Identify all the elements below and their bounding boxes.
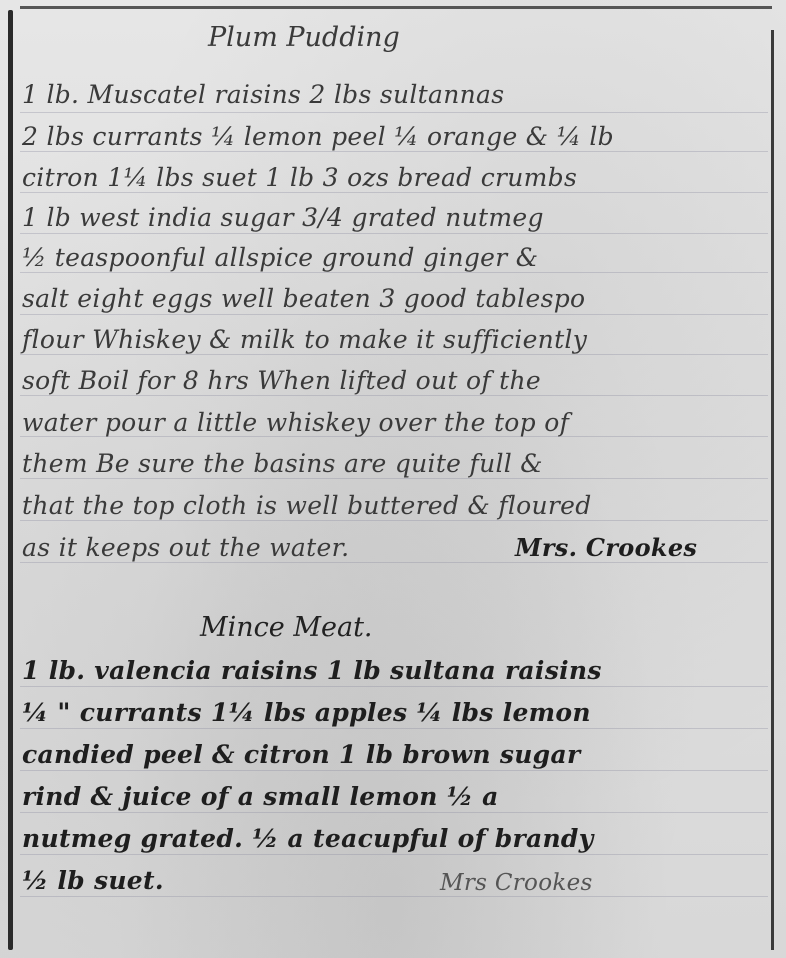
- recipe-line: them Be sure the basins are quite full &: [22, 449, 543, 478]
- recipe-signature: Mrs. Crookes: [515, 533, 697, 562]
- ruled-line: [20, 112, 768, 113]
- page-top-edge: [20, 6, 772, 9]
- recipe-line: flour Whiskey & milk to make it sufficie…: [22, 325, 587, 354]
- recipe-line: citron 1¼ lbs suet 1 lb 3 ozs bread crum…: [22, 163, 577, 192]
- ruled-line: [20, 478, 768, 479]
- recipe-line: water pour a little whiskey over the top…: [22, 408, 569, 437]
- ruled-line: [20, 192, 768, 193]
- recipe-line: salt eight eggs well beaten 3 good table…: [22, 284, 585, 313]
- page-right-edge: [771, 30, 774, 950]
- ruled-line: [20, 896, 768, 897]
- ruled-line: [20, 520, 768, 521]
- ruled-line: [20, 812, 768, 813]
- ruled-line: [20, 272, 768, 273]
- ruled-line: [20, 314, 768, 315]
- ruled-line: [20, 686, 768, 687]
- notebook-spine: [8, 10, 13, 950]
- recipe-line: soft Boil for 8 hrs When lifted out of t…: [22, 366, 541, 395]
- recipe-line: that the top cloth is well buttered & fl…: [22, 491, 592, 520]
- recipe-line: as it keeps out the water.: [22, 533, 349, 562]
- recipe-line: ¼ " currants 1¼ lbs apples ¼ lbs lemon: [22, 698, 591, 727]
- ruled-line: [20, 395, 768, 396]
- recipe-line: ½ lb suet.: [22, 866, 164, 895]
- ruled-line: [20, 728, 768, 729]
- recipe-line: 1 lb. Muscatel raisins 2 lbs sultannas: [22, 80, 504, 109]
- ruled-line: [20, 151, 768, 152]
- ruled-line: [20, 770, 768, 771]
- recipe-line: candied peel & citron 1 lb brown sugar: [22, 740, 580, 769]
- recipe-line: 1 lb. valencia raisins 1 lb sultana rais…: [22, 656, 602, 685]
- recipe-line: nutmeg grated. ½ a teacupful of brandy: [22, 824, 594, 853]
- ruled-line: [20, 854, 768, 855]
- recipe-title-plum-pudding: Plum Pudding: [208, 22, 400, 53]
- ruled-line: [20, 233, 768, 234]
- ruled-line: [20, 562, 768, 563]
- recipe-line: rind & juice of a small lemon ½ a: [22, 782, 499, 811]
- recipe-signature: Mrs Crookes: [440, 870, 593, 896]
- recipe-line: ½ teaspoonful allspice ground ginger &: [22, 243, 538, 272]
- ruled-line: [20, 354, 768, 355]
- recipe-line: 2 lbs currants ¼ lemon peel ¼ orange & ¼…: [22, 122, 614, 151]
- recipe-title-mince-meat: Mince Meat.: [200, 612, 373, 643]
- recipe-line: 1 lb west india sugar 3/4 grated nutmeg: [22, 203, 544, 232]
- notebook-page: Plum Pudding 1 lb. Muscatel raisins 2 lb…: [0, 0, 786, 958]
